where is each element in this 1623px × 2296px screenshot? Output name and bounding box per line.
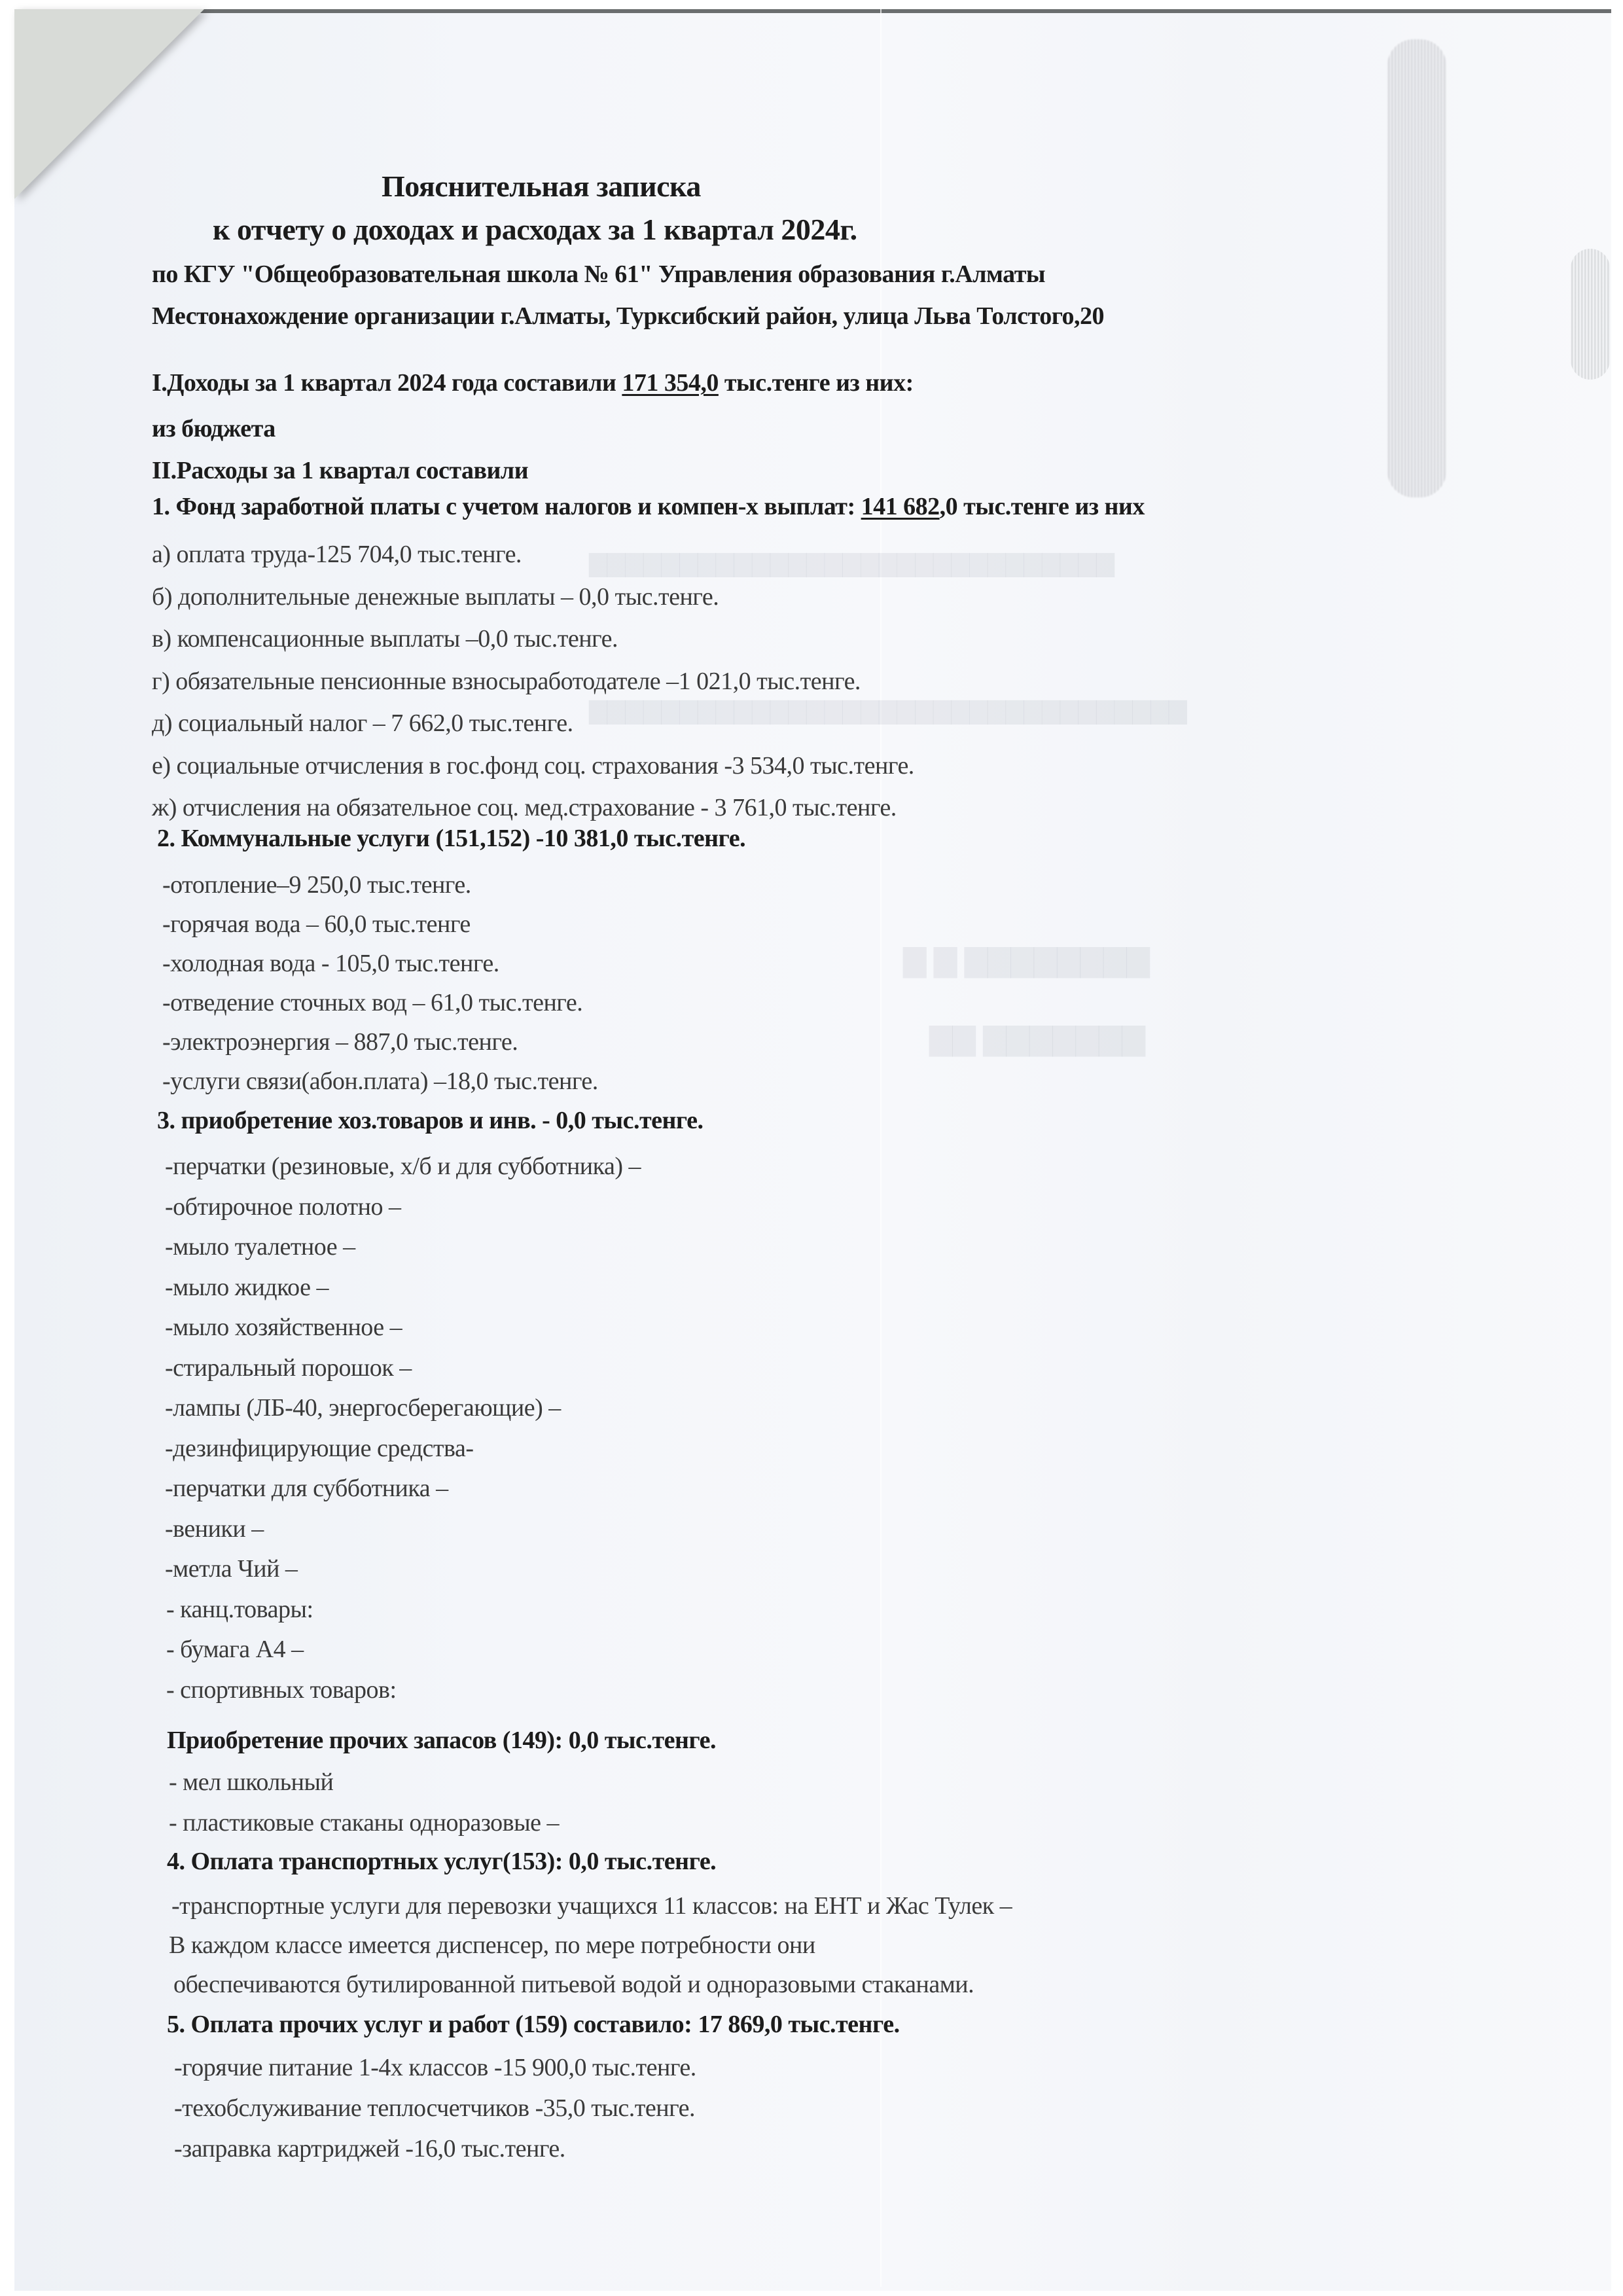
list-item: -лампы (ЛБ-40, энергосберегающие) –: [165, 1395, 561, 1420]
list-item: - спортивных товаров:: [166, 1677, 397, 1702]
list-item: -горячая вода – 60,0 тыс.тенге: [162, 912, 471, 937]
list-item: -заправка картриджей -16,0 тыс.тенге.: [174, 2136, 565, 2161]
list-item: -холодная вода - 105,0 тыс.тенге.: [162, 951, 499, 976]
list-item: -мыло жидкое –: [165, 1275, 329, 1300]
doc-title: Пояснительная записка: [382, 171, 701, 202]
list-item: ж) отчисления на обязательное соц. мед.с…: [152, 795, 897, 820]
list-item: -обтирочное полотно –: [165, 1194, 401, 1219]
list-item: -электроэнергия – 887,0 тыс.тенге.: [162, 1030, 518, 1054]
income-line: I.Доходы за 1 квартал 2024 года составил…: [152, 370, 914, 395]
list-item: -отопление–9 250,0 тыс.тенге.: [162, 872, 471, 897]
list-item: -отведение сточных вод – 61,0 тыс.тенге.: [162, 990, 582, 1015]
list-item: -мыло туалетное –: [165, 1234, 355, 1259]
list-item: -перчатки для субботника –: [165, 1476, 448, 1501]
scanner-smudge: [1571, 249, 1610, 380]
page-crease: [880, 9, 882, 2287]
expenses-heading: II.Расходы за 1 квартал составили: [152, 458, 528, 483]
list-item: -техобслуживание теплосчетчиков -35,0 ты…: [174, 2096, 695, 2121]
list-item: -веники –: [165, 1516, 264, 1541]
income-prefix: I.Доходы за 1 квартал 2024 года составил…: [152, 369, 622, 397]
organization: по КГУ "Общеобразовательная школа № 61" …: [152, 262, 1045, 287]
doc-subtitle: к отчету о доходах и расходах за 1 кварт…: [213, 215, 857, 245]
list-item: - пластиковые стаканы одноразовые –: [169, 1810, 559, 1835]
list-item: е) социальные отчисления в гос.фонд соц.…: [152, 753, 914, 778]
list-item: в) компенсационные выплаты –0,0 тыс.тенг…: [152, 626, 618, 651]
other-stock-heading: Приобретение прочих запасов (149): 0,0 т…: [167, 1728, 716, 1753]
list-item: -стиральный порошок –: [165, 1355, 412, 1380]
list-item: г) обязательные пенсионные взносыработод…: [152, 669, 861, 694]
list-item: -дезинфицирующие средства-: [165, 1436, 473, 1461]
folded-corner: [14, 9, 204, 199]
list-item: - бумага А4 –: [166, 1637, 304, 1662]
income-total: 171 354,0: [622, 369, 719, 397]
transport-heading: 4. Оплата транспортных услуг(153): 0,0 т…: [167, 1849, 716, 1874]
payroll-label: 1. Фонд заработной платы с учетом налого…: [152, 493, 861, 520]
list-item: -метла Чий –: [165, 1556, 297, 1581]
payroll-total: 141 682: [861, 493, 940, 520]
list-item: -транспортные услуги для перевозки учащи…: [171, 1893, 1012, 1918]
list-item: а) оплата труда-125 704,0 тыс.тенге.: [152, 542, 522, 567]
household-heading: 3. приобретение хоз.товаров и инв. - 0,0…: [157, 1108, 704, 1133]
list-item: В каждом классе имеется диспенсер, по ме…: [169, 1933, 815, 1958]
list-item: б) дополнительные денежные выплаты – 0,0…: [152, 584, 719, 609]
list-item: - канц.товары:: [166, 1597, 313, 1622]
income-suffix: тыс.тенге из них:: [719, 369, 914, 397]
bleed-through: ▇▇▇▇▇▇▇▇▇▇▇▇▇▇▇▇▇▇▇▇▇▇▇▇▇▇▇▇▇▇▇▇▇: [589, 697, 1187, 725]
list-item: обеспечиваются бутилированной питьевой в…: [173, 1972, 974, 1997]
location: Местонахождение организации г.Алматы, Ту…: [152, 304, 1104, 329]
list-item: -перчатки (резиновые, х/б и для субботни…: [165, 1154, 641, 1179]
list-item: -услуги связи(абон.плата) –18,0 тыс.тенг…: [162, 1069, 598, 1094]
services-heading: 5. Оплата прочих услуг и работ (159) сос…: [167, 2012, 900, 2037]
list-item: -горячие питание 1-4х классов -15 900,0 …: [174, 2055, 696, 2080]
bleed-through: ▇▇▇▇▇▇▇▇ ▇ ▇: [903, 942, 1150, 978]
list-item: - мел школьный: [169, 1770, 333, 1795]
utilities-heading: 2. Коммунальные услуги (151,152) -10 381…: [157, 826, 745, 851]
payroll-heading: 1. Фонд заработной платы с учетом налого…: [152, 494, 1145, 519]
payroll-unit: ,0 тыс.тенге из них: [940, 493, 1145, 520]
bleed-through: ▇▇▇▇▇▇▇▇▇▇▇▇▇▇▇▇▇▇▇▇▇▇▇▇▇▇▇▇▇: [589, 550, 1115, 577]
bleed-through: ▇▇▇▇▇▇▇ ▇▇: [929, 1021, 1145, 1056]
list-item: -мыло хозяйственное –: [165, 1315, 402, 1340]
list-item: д) социальный налог – 7 662,0 тыс.тенге.: [152, 711, 573, 736]
income-source: из бюджета: [152, 416, 276, 441]
scanner-smudge: [1387, 39, 1446, 497]
